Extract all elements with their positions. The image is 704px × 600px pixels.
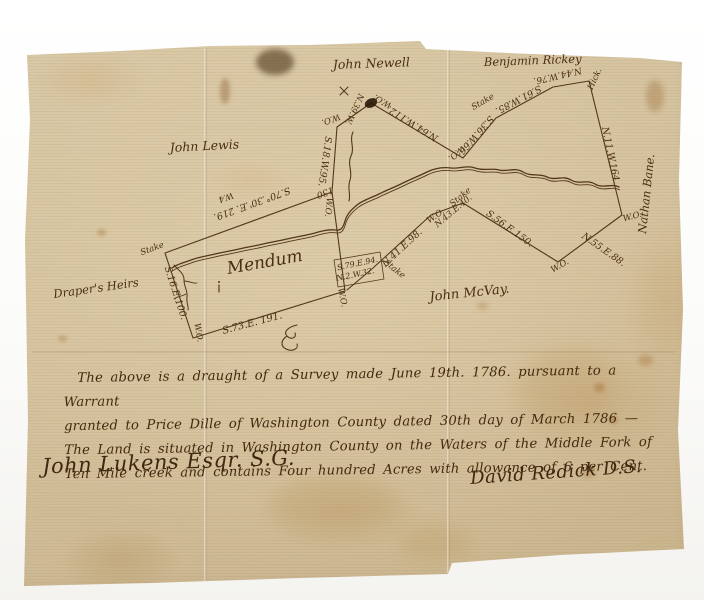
bearing-label: N.39.W. [342, 91, 365, 126]
bearing-label: N.64.W.112. [385, 103, 441, 144]
bearing-label: N.44.W.76. [532, 64, 583, 85]
survey-map-drawing: John Newell Benjamin Rickey John Lewis N… [0, 0, 704, 600]
bearing-label: N.11.W.164. [599, 125, 622, 185]
parcel-name-label: Mendum [224, 246, 304, 279]
owner-label-john-newell: John Newell [330, 54, 411, 72]
stream-tributary [349, 132, 353, 201]
corner-mark-white-oak: W.O. [372, 92, 394, 110]
corner-mark-white-oak: W.O. [446, 143, 467, 163]
owner-label-nathan-bane: Nathan Bane. [635, 153, 657, 235]
bearing-label: S.18.W.95. [316, 136, 334, 188]
corner-mark-hickory: Hick. [585, 67, 604, 93]
x-mark [340, 87, 348, 95]
owner-label-john-lewis: John Lewis [166, 136, 239, 155]
small-tree-mark-dot [218, 281, 220, 283]
scanned-survey-document: John Newell Benjamin Rickey John Lewis N… [0, 0, 704, 600]
corner-mark-white-oak: W.O. [191, 322, 204, 343]
bearing-label: S.61.W.85. [493, 82, 543, 115]
creek-twig [184, 281, 197, 283]
bearing-label: N.55.E.88. [579, 230, 628, 269]
compass-flourish [282, 325, 297, 350]
corner-mark-stake: Stake [139, 240, 165, 258]
bearing-label: S.16.E.100. [162, 265, 190, 321]
corner-mark-white-oak: W.O. [320, 111, 341, 127]
certification-line: The above is a draught of a Survey made … [63, 359, 664, 415]
bearing-label: S.56.E.150. [484, 208, 535, 249]
owner-label-john-mcvay: John McVay. [426, 282, 510, 306]
owner-label-benjamin-rickey: Benjamin Rickey [483, 52, 583, 69]
corner-mark-white-oak: W.O. [322, 197, 334, 217]
owner-label-drapers-heirs: Draper's Heirs [51, 275, 139, 301]
bearing-label: W.4 [217, 190, 235, 205]
corner-mark-white-oak: W.O. [549, 257, 571, 275]
corner-mark-stake: Stake [470, 92, 496, 113]
bearing-label: S.73.E. 191. [221, 310, 283, 337]
